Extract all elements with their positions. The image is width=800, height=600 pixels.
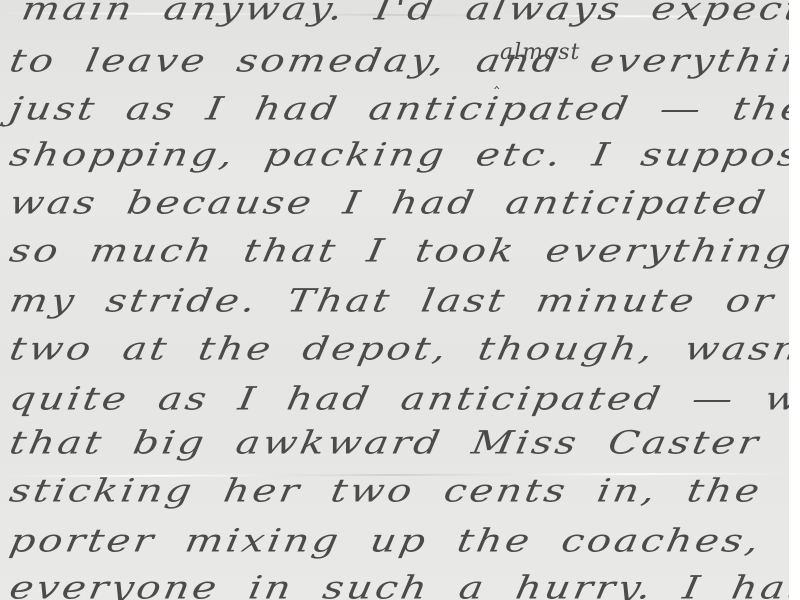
letter-line-11: sticking her two cents in, the (7, 473, 765, 510)
letter-line-1: main anyway. I'd always expected (19, 0, 789, 27)
letter-line-13: everyone in such a hurry. I hated (7, 570, 789, 600)
letter-line-4: shopping, packing etc. I suppose it (7, 137, 789, 174)
letter-page: main anyway. I'd always expected almost … (0, 0, 789, 600)
letter-line-3: just as I had anticipated — the (7, 91, 789, 128)
letter-line-8: two at the depot, though, wasn't (7, 331, 789, 368)
letter-line-9: quite as I had anticipated — with (7, 381, 789, 418)
letter-line-6: so much that I took everything in (7, 233, 789, 270)
letter-line-10: that big awkward Miss Caster (7, 425, 764, 462)
letter-line-7: my stride. That last minute or (7, 283, 779, 320)
letter-line-12: porter mixing up the coaches, and (7, 523, 789, 560)
letter-line-5: was because I had anticipated (7, 185, 771, 222)
letter-line-2: to leave someday, and everything went (7, 43, 789, 80)
